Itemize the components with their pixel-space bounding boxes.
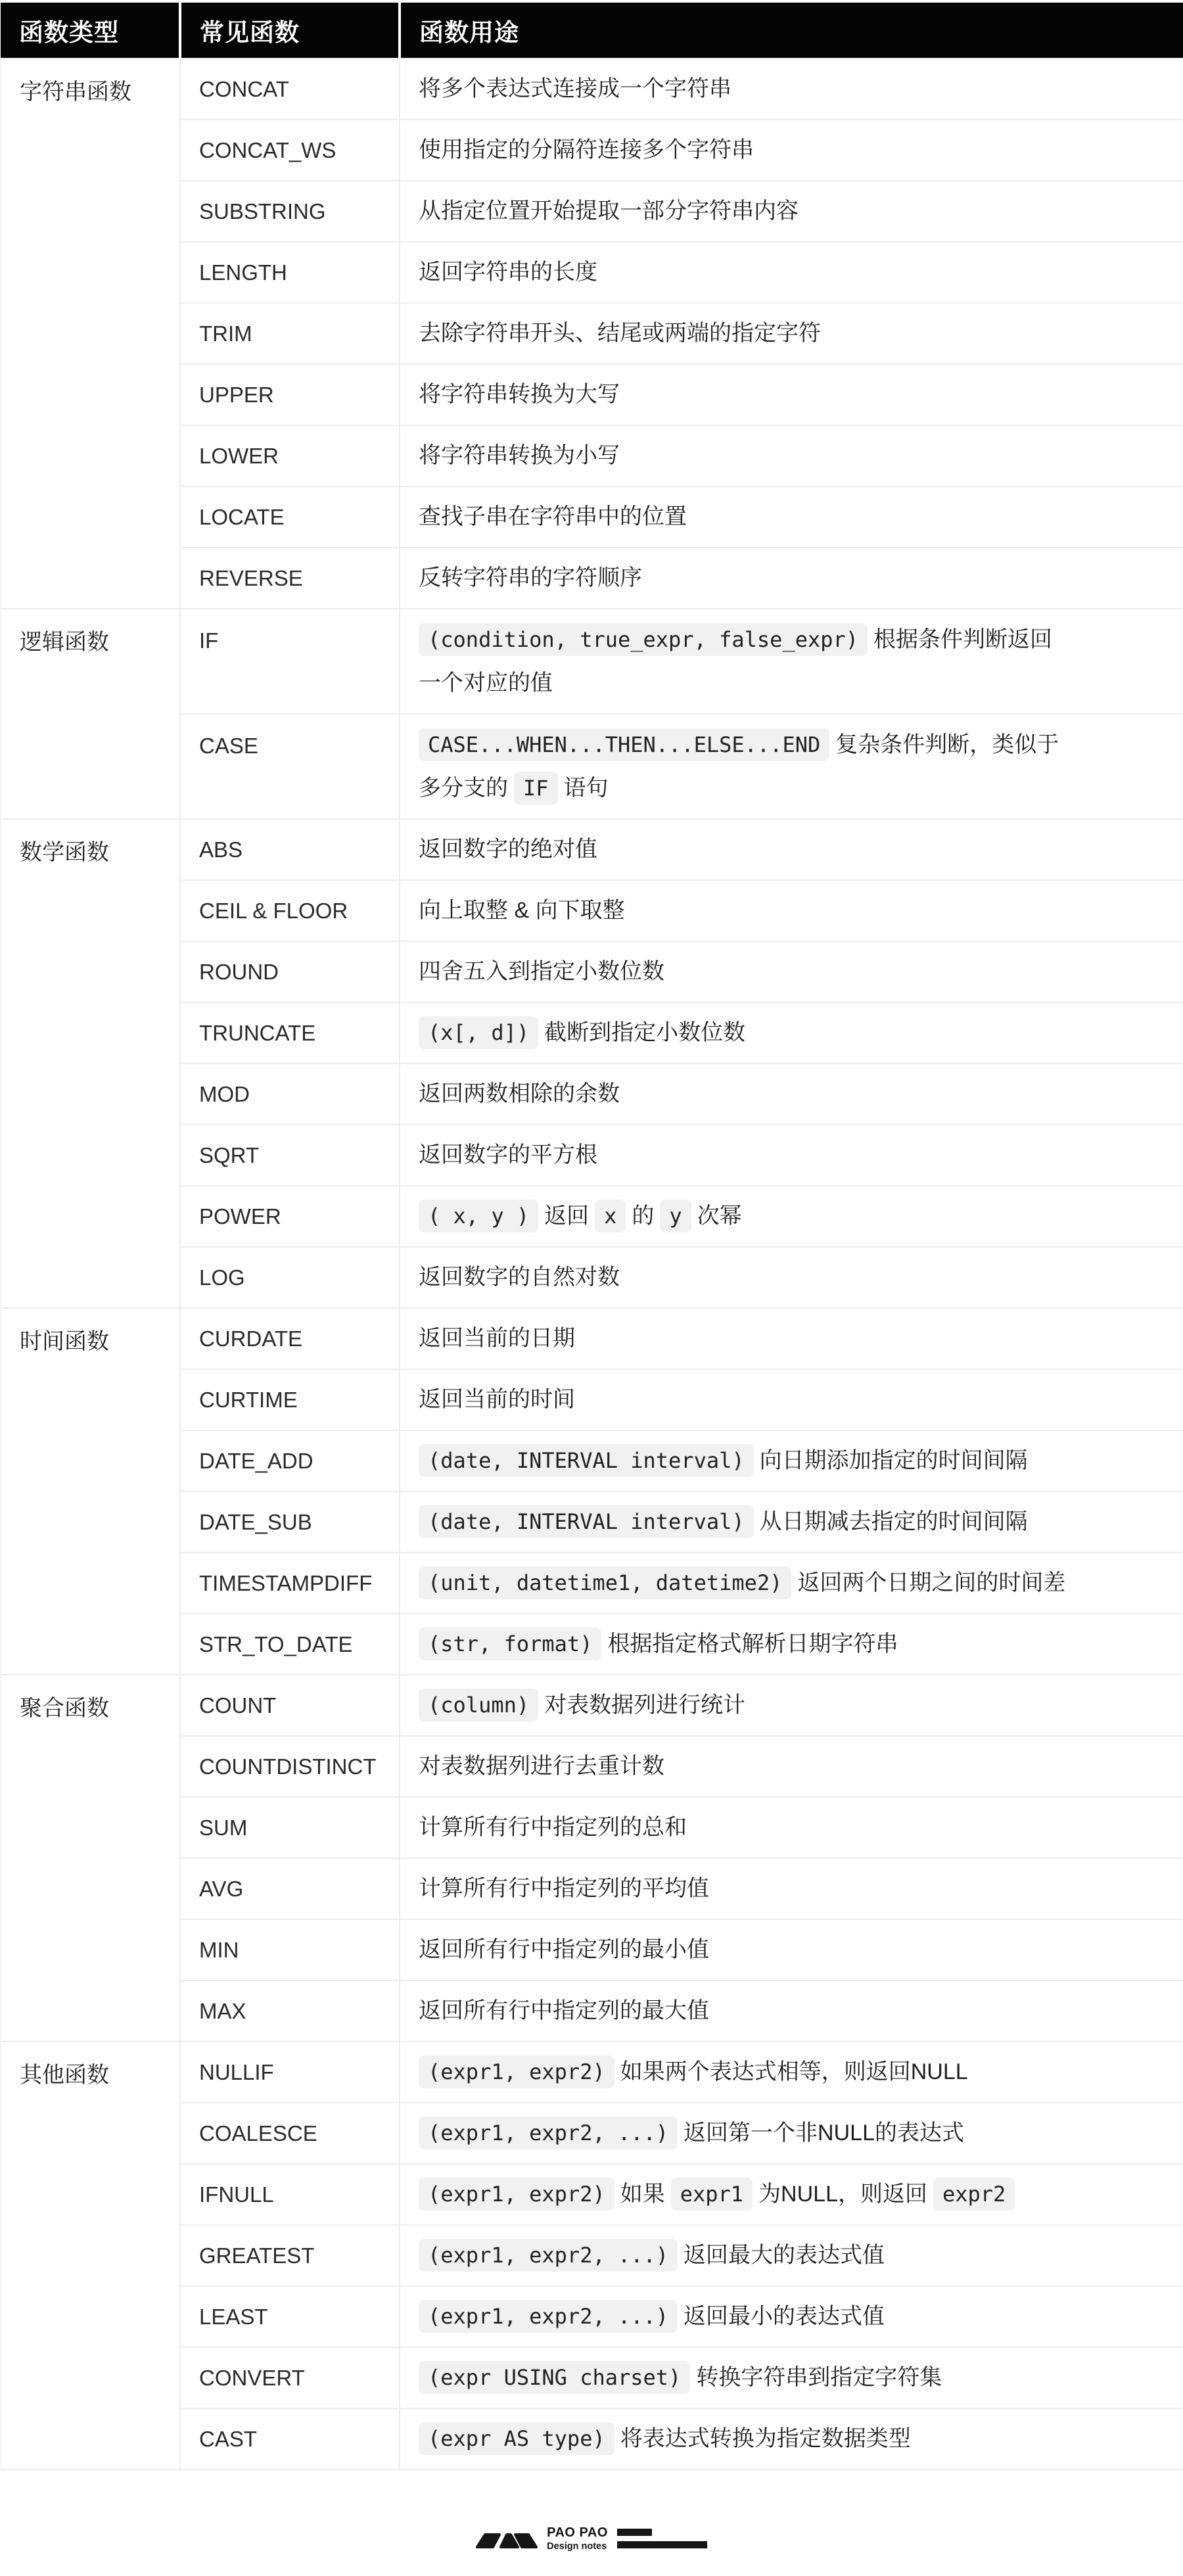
desc-text: 将多个表达式连接成一个字符串 bbox=[419, 76, 731, 101]
function-desc-cell: 计算所有行中指定列的平均值 bbox=[400, 1858, 1183, 1919]
function-desc-cell: CASE...WHEN...THEN...ELSE...END复杂条件判断，类似… bbox=[400, 714, 1183, 819]
paopao-logo-icon bbox=[476, 2529, 539, 2549]
function-desc-cell: 返回数字的绝对值 bbox=[400, 819, 1183, 880]
function-type-label: 时间函数 bbox=[1, 1309, 179, 1370]
function-name-cell: SUM bbox=[180, 1797, 400, 1858]
function-type-cell-1: 逻辑函数 bbox=[1, 609, 180, 819]
desc-text: 的 bbox=[632, 1204, 654, 1229]
desc-text: 向日期添加指定的时间间隔 bbox=[760, 1448, 1028, 1473]
desc-text: 返回最小的表达式值 bbox=[684, 2304, 885, 2329]
desc-text: 从指定位置开始提取一部分字符串内容 bbox=[419, 199, 799, 223]
table-row: 时间函数CURDATE返回当前的日期 bbox=[1, 1308, 1183, 1369]
function-desc-cell: (expr1, expr2, ...)返回第一个非NULL的表达式 bbox=[400, 2103, 1183, 2164]
code-snippet: (expr1, expr2, ...) bbox=[419, 2300, 678, 2333]
function-desc-cell: (unit, datetime1, datetime2)返回两个日期之间的时间差 bbox=[400, 1553, 1183, 1614]
function-desc-cell: 返回当前的日期 bbox=[400, 1308, 1183, 1369]
function-type-cell-2: 数学函数 bbox=[1, 819, 180, 1308]
column-header-2: 函数用途 bbox=[400, 3, 1183, 59]
column-header-1: 常见函数 bbox=[180, 3, 400, 59]
function-desc-cell: 对表数据列进行去重计数 bbox=[400, 1736, 1183, 1797]
function-desc-cell: 返回数字的平方根 bbox=[400, 1125, 1183, 1186]
function-desc-cell: 反转字符串的字符顺序 bbox=[400, 548, 1183, 609]
desc-text: 向上取整 & 向下取整 bbox=[419, 898, 625, 923]
code-snippet: IF bbox=[514, 772, 558, 805]
function-name-cell: SUBSTRING bbox=[180, 181, 400, 242]
desc-text: 返回最大的表达式值 bbox=[684, 2243, 885, 2268]
desc-text: 返回数字的平方根 bbox=[419, 1142, 597, 1167]
desc-text: 对表数据列进行去重计数 bbox=[419, 1754, 664, 1779]
function-type-label: 其他函数 bbox=[1, 2042, 179, 2103]
function-name-cell: IF bbox=[180, 609, 400, 714]
code-snippet: (x[, d]) bbox=[419, 1016, 538, 1049]
function-name-cell: COUNTDISTINCT bbox=[180, 1736, 400, 1797]
table-row: 聚合函数COUNT(column)对表数据列进行统计 bbox=[1, 1675, 1183, 1736]
desc-text: 为NULL，则返回 bbox=[758, 2182, 927, 2207]
desc-text: 返回数字的绝对值 bbox=[419, 837, 597, 862]
function-name-cell: CONCAT bbox=[180, 59, 400, 120]
function-name-cell: AVG bbox=[180, 1858, 400, 1919]
function-name-cell: MIN bbox=[180, 1919, 400, 1980]
function-desc-cell: (date, INTERVAL interval)向日期添加指定的时间间隔 bbox=[400, 1430, 1183, 1491]
function-desc-cell: 计算所有行中指定列的总和 bbox=[400, 1797, 1183, 1858]
desc-text: 返回第一个非NULL的表达式 bbox=[684, 2120, 964, 2145]
function-desc-cell: (expr1, expr2, ...)返回最小的表达式值 bbox=[400, 2286, 1183, 2347]
desc-text: 去除字符串开头、结尾或两端的指定字符 bbox=[419, 321, 821, 346]
desc-text: 根据条件判断返回 bbox=[873, 627, 1052, 652]
function-desc-cell: (expr AS type)将表达式转换为指定数据类型 bbox=[400, 2408, 1183, 2470]
function-name-cell: MOD bbox=[180, 1064, 400, 1125]
desc-text: 将表达式转换为指定数据类型 bbox=[620, 2426, 911, 2451]
table-header: 函数类型常见函数函数用途 bbox=[1, 3, 1183, 59]
brand-bar-long bbox=[617, 2541, 707, 2548]
function-name-cell: CASE bbox=[180, 714, 400, 819]
function-type-cell-5: 其他函数 bbox=[1, 2042, 180, 2470]
function-type-cell-0: 字符串函数 bbox=[1, 59, 180, 609]
desc-text: 对表数据列进行统计 bbox=[544, 1693, 745, 1718]
code-snippet: (column) bbox=[419, 1689, 538, 1721]
table-row: 数学函数ABS返回数字的绝对值 bbox=[1, 819, 1183, 880]
code-snippet: (str, format) bbox=[419, 1628, 601, 1660]
code-snippet: CASE...WHEN...THEN...ELSE...END bbox=[419, 728, 829, 761]
function-type-cell-4: 聚合函数 bbox=[1, 1675, 180, 2042]
desc-text: 返回所有行中指定列的最大值 bbox=[419, 1998, 709, 2023]
desc-text: 截断到指定小数位数 bbox=[544, 1020, 745, 1045]
function-desc-cell: 返回当前的时间 bbox=[400, 1369, 1183, 1430]
code-snippet: (date, INTERVAL interval) bbox=[419, 1505, 754, 1538]
function-desc-cell: (expr USING charset)转换字符串到指定字符集 bbox=[400, 2347, 1183, 2408]
function-desc-cell: 使用指定的分隔符连接多个字符串 bbox=[400, 120, 1183, 181]
code-snippet: expr1 bbox=[671, 2178, 753, 2211]
code-snippet: (condition, true_expr, false_expr) bbox=[419, 623, 868, 656]
desc-text: 返回数字的自然对数 bbox=[419, 1265, 620, 1290]
brand-bar-short bbox=[617, 2529, 652, 2536]
function-desc-cell: 返回所有行中指定列的最小值 bbox=[400, 1919, 1183, 1980]
table-row: 字符串函数CONCAT将多个表达式连接成一个字符串 bbox=[1, 59, 1183, 120]
footer-brand: PAO PAO Design notes bbox=[0, 2527, 1183, 2550]
desc-text: 返回当前的日期 bbox=[419, 1326, 575, 1351]
page: 函数类型常见函数函数用途 字符串函数CONCAT将多个表达式连接成一个字符串CO… bbox=[0, 0, 1183, 2550]
desc-text: 复杂条件判断，类似于 bbox=[835, 732, 1059, 757]
function-name-cell: TIMESTAMPDIFF bbox=[180, 1553, 400, 1614]
function-name-cell: DATE_SUB bbox=[180, 1491, 400, 1553]
function-name-cell: TRIM bbox=[180, 303, 400, 364]
function-desc-cell: (expr1, expr2)如果expr1为NULL，则返回expr2 bbox=[400, 2164, 1183, 2225]
function-desc-cell: 返回两数相除的余数 bbox=[400, 1064, 1183, 1125]
function-name-cell: COUNT bbox=[180, 1675, 400, 1736]
desc-text: 次幂 bbox=[697, 1204, 742, 1229]
function-type-label: 字符串函数 bbox=[1, 59, 179, 120]
function-name-cell: DATE_ADD bbox=[180, 1430, 400, 1491]
desc-text: 转换字符串到指定字符集 bbox=[696, 2365, 942, 2390]
code-snippet: (date, INTERVAL interval) bbox=[419, 1444, 754, 1477]
code-snippet: y bbox=[660, 1200, 691, 1232]
desc-text: 使用指定的分隔符连接多个字符串 bbox=[419, 137, 754, 162]
function-name-cell: IFNULL bbox=[180, 2164, 400, 2225]
function-name-cell: TRUNCATE bbox=[180, 1002, 400, 1064]
function-desc-cell: 从指定位置开始提取一部分字符串内容 bbox=[400, 181, 1183, 242]
desc-text: 语句 bbox=[564, 776, 609, 801]
code-snippet: (expr1, expr2, ...) bbox=[419, 2117, 678, 2149]
desc-text: 一个对应的值 bbox=[419, 670, 553, 695]
desc-text: 计算所有行中指定列的总和 bbox=[419, 1815, 687, 1840]
table-row: 其他函数NULLIF(expr1, expr2)如果两个表达式相等，则返回NUL… bbox=[1, 2042, 1183, 2103]
code-snippet: (unit, datetime1, datetime2) bbox=[419, 1566, 791, 1599]
function-type-label: 聚合函数 bbox=[1, 1675, 179, 1737]
function-desc-cell: 返回所有行中指定列的最大值 bbox=[400, 1980, 1183, 2042]
desc-text: 如果 bbox=[620, 2182, 665, 2207]
code-snippet: ( x, y ) bbox=[419, 1200, 538, 1232]
function-type-label: 逻辑函数 bbox=[1, 609, 179, 670]
brand-text: PAO PAO Design notes bbox=[547, 2526, 608, 2552]
function-name-cell: MAX bbox=[180, 1980, 400, 2042]
function-name-cell: REVERSE bbox=[180, 548, 400, 609]
brand-name: PAO PAO bbox=[547, 2526, 608, 2539]
code-snippet: (expr1, expr2, ...) bbox=[419, 2239, 678, 2272]
code-snippet: (expr USING charset) bbox=[419, 2361, 690, 2394]
function-name-cell: CONVERT bbox=[180, 2347, 400, 2408]
desc-text: 四舍五入到指定小数位数 bbox=[419, 959, 664, 984]
function-name-cell: CURTIME bbox=[180, 1369, 400, 1430]
code-snippet: expr2 bbox=[933, 2178, 1015, 2211]
function-desc-cell: (date, INTERVAL interval)从日期减去指定的时间间隔 bbox=[400, 1491, 1183, 1553]
function-name-cell: LOWER bbox=[180, 425, 400, 486]
function-name-cell: LOG bbox=[180, 1247, 400, 1308]
function-desc-cell: (column)对表数据列进行统计 bbox=[400, 1675, 1183, 1736]
function-name-cell: LENGTH bbox=[180, 242, 400, 303]
function-name-cell: UPPER bbox=[180, 364, 400, 425]
desc-text: 如果两个表达式相等，则返回NULL bbox=[620, 2059, 968, 2084]
function-desc-cell: (expr1, expr2, ...)返回最大的表达式值 bbox=[400, 2225, 1183, 2286]
function-desc-cell: (str, format)根据指定格式解析日期字符串 bbox=[400, 1614, 1183, 1675]
function-type-cell-3: 时间函数 bbox=[1, 1308, 180, 1675]
desc-text: 多分支的 bbox=[419, 776, 508, 801]
function-desc-cell: (x[, d])截断到指定小数位数 bbox=[400, 1002, 1183, 1064]
function-name-cell: STR_TO_DATE bbox=[180, 1614, 400, 1675]
brand-bars bbox=[617, 2529, 707, 2548]
table-row: 逻辑函数IF(condition, true_expr, false_expr)… bbox=[1, 609, 1183, 714]
function-name-cell: GREATEST bbox=[180, 2225, 400, 2286]
function-type-label: 数学函数 bbox=[1, 820, 179, 881]
desc-text: 将字符串转换为大写 bbox=[419, 382, 620, 407]
function-desc-cell: 将字符串转换为大写 bbox=[400, 364, 1183, 425]
function-desc-cell: (expr1, expr2)如果两个表达式相等，则返回NULL bbox=[400, 2042, 1183, 2103]
code-snippet: (expr AS type) bbox=[419, 2422, 615, 2455]
function-name-cell: NULLIF bbox=[180, 2042, 400, 2103]
function-name-cell: COALESCE bbox=[180, 2103, 400, 2164]
function-desc-cell: 查找子串在字符串中的位置 bbox=[400, 486, 1183, 548]
function-name-cell: LEAST bbox=[180, 2286, 400, 2347]
function-desc-cell: 四舍五入到指定小数位数 bbox=[400, 941, 1183, 1002]
desc-text: 返回两数相除的余数 bbox=[419, 1081, 620, 1106]
function-desc-cell: 将多个表达式连接成一个字符串 bbox=[400, 59, 1183, 120]
function-name-cell: CURDATE bbox=[180, 1308, 400, 1369]
column-header-0: 函数类型 bbox=[1, 3, 180, 59]
code-snippet: x bbox=[595, 1200, 626, 1232]
desc-text: 将字符串转换为小写 bbox=[419, 443, 620, 468]
desc-text: 返回两个日期之间的时间差 bbox=[797, 1570, 1065, 1595]
code-snippet: (expr1, expr2) bbox=[419, 2055, 615, 2088]
function-desc-cell: 返回数字的自然对数 bbox=[400, 1247, 1183, 1308]
brand-subtitle: Design notes bbox=[547, 2542, 608, 2552]
function-desc-cell: ( x, y )返回x的y次幂 bbox=[400, 1186, 1183, 1247]
function-name-cell: LOCATE bbox=[180, 486, 400, 548]
function-name-cell: CAST bbox=[180, 2408, 400, 2470]
sql-functions-table: 函数类型常见函数函数用途 字符串函数CONCAT将多个表达式连接成一个字符串CO… bbox=[0, 3, 1183, 2470]
desc-text: 反转字符串的字符顺序 bbox=[419, 565, 642, 590]
desc-text: 计算所有行中指定列的平均值 bbox=[419, 1876, 709, 1901]
function-name-cell: ABS bbox=[180, 819, 400, 880]
function-desc-cell: 向上取整 & 向下取整 bbox=[400, 880, 1183, 941]
desc-text: 返回所有行中指定列的最小值 bbox=[419, 1937, 709, 1962]
function-desc-cell: (condition, true_expr, false_expr)根据条件判断… bbox=[400, 609, 1183, 714]
function-desc-cell: 将字符串转换为小写 bbox=[400, 425, 1183, 486]
desc-text: 查找子串在字符串中的位置 bbox=[419, 504, 687, 529]
function-name-cell: SQRT bbox=[180, 1125, 400, 1186]
function-name-cell: POWER bbox=[180, 1186, 400, 1247]
function-name-cell: CEIL & FLOOR bbox=[180, 880, 400, 941]
desc-text: 返回 bbox=[544, 1204, 589, 1229]
desc-text: 从日期减去指定的时间间隔 bbox=[760, 1509, 1028, 1534]
function-name-cell: ROUND bbox=[180, 941, 400, 1002]
desc-text: 返回当前的时间 bbox=[419, 1387, 575, 1412]
function-desc-cell: 去除字符串开头、结尾或两端的指定字符 bbox=[400, 303, 1183, 364]
function-desc-cell: 返回字符串的长度 bbox=[400, 242, 1183, 303]
desc-text: 根据指定格式解析日期字符串 bbox=[607, 1631, 898, 1656]
code-snippet: (expr1, expr2) bbox=[419, 2178, 615, 2211]
desc-text: 返回字符串的长度 bbox=[419, 260, 597, 285]
function-name-cell: CONCAT_WS bbox=[180, 120, 400, 181]
header-row: 函数类型常见函数函数用途 bbox=[1, 3, 1183, 59]
